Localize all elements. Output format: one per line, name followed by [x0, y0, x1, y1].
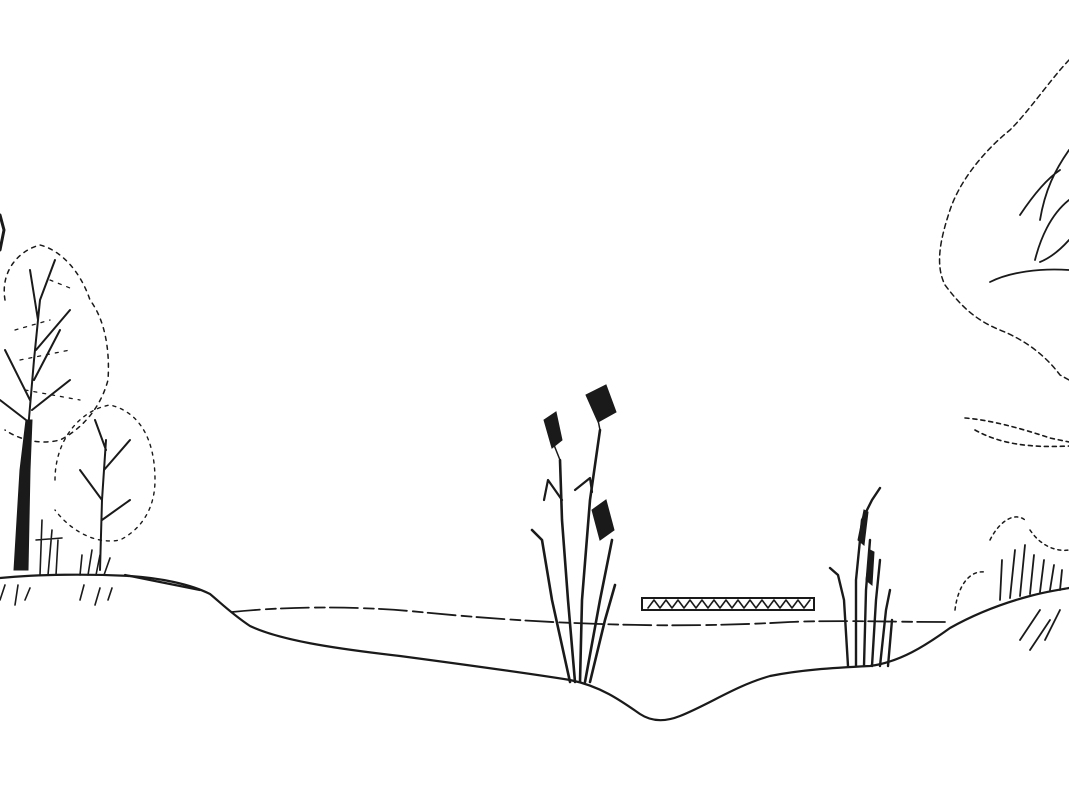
floating-log [642, 598, 814, 610]
water-surface [232, 608, 945, 626]
pond-illustration [0, 0, 1069, 803]
right-shrubs [955, 517, 1069, 650]
left-tall-tree [0, 215, 108, 570]
right-large-tree [940, 60, 1069, 446]
pond-bed [0, 575, 1069, 721]
central-emergent-plant [532, 385, 616, 682]
left-small-tree [55, 405, 155, 570]
right-reeds [830, 488, 892, 666]
